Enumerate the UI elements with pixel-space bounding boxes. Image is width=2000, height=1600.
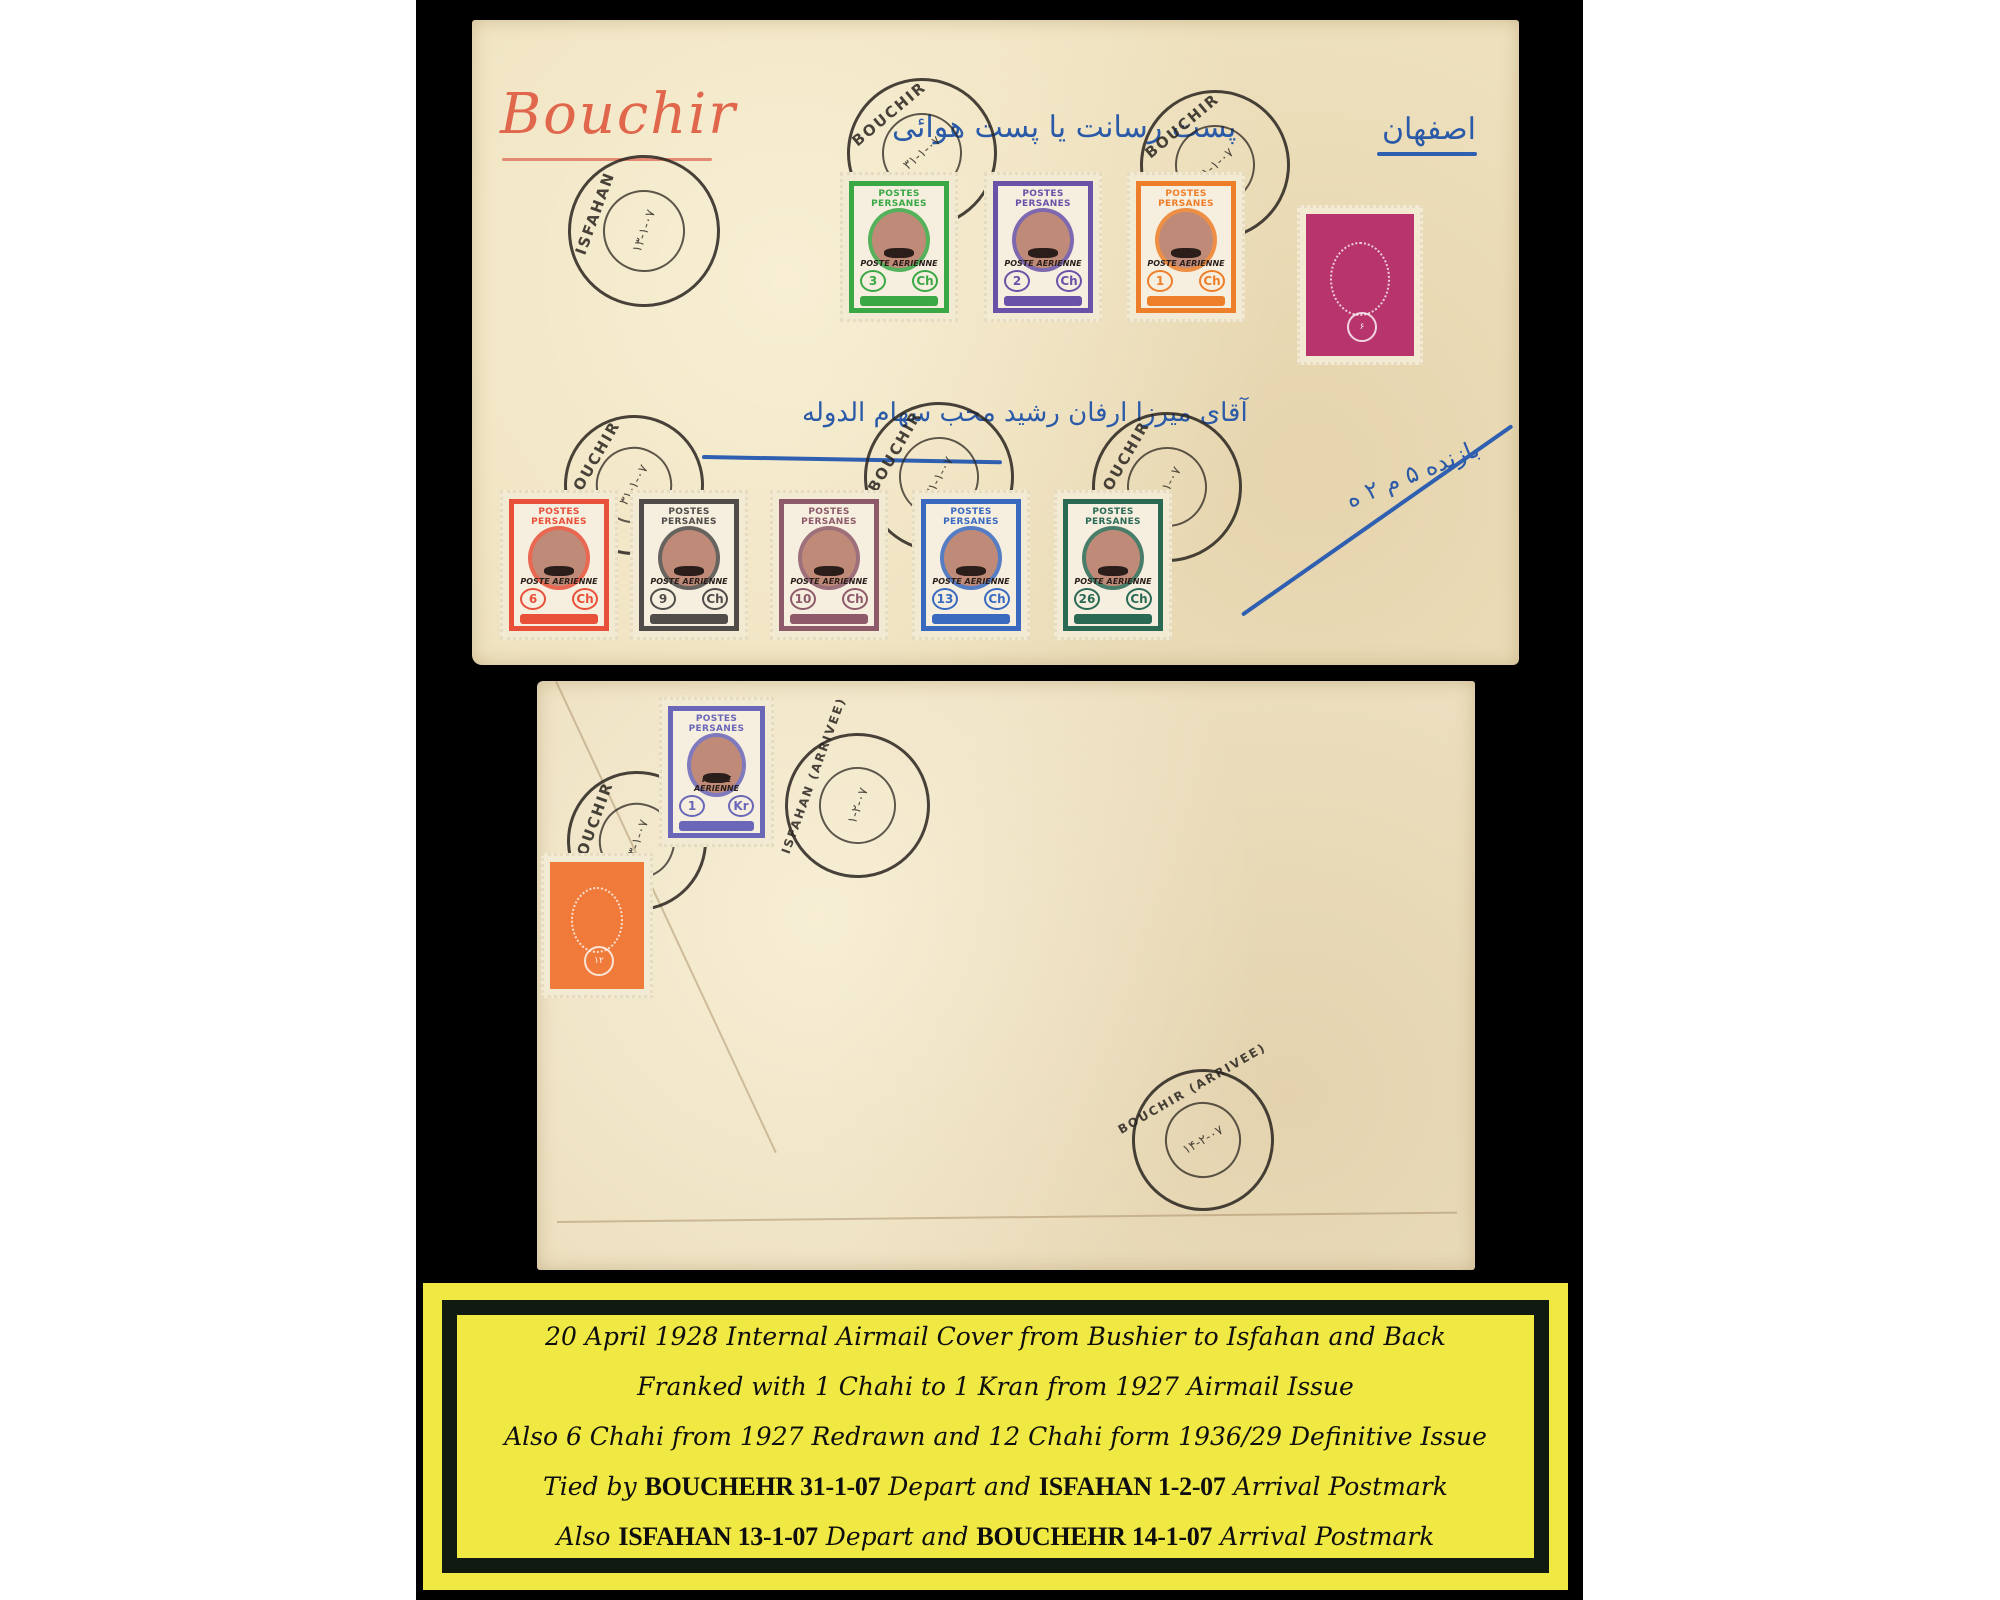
caption-text: Franked with 1 Chahi to 1 Kran from 1927… bbox=[637, 1372, 1354, 1401]
caption-postmark-ref: ISFAHAN 1-2-07 bbox=[1039, 1472, 1226, 1501]
caption-frame: 20 April 1928 Internal Airmail Cover fro… bbox=[442, 1300, 1549, 1573]
airmail-stamp-3ch: POSTES PERSANES POSTE AERIENNE 3 Ch bbox=[840, 172, 958, 322]
postmark-isfahan-arrivee: ISFAHAN (ARRIVEE)۱-۲-۰۷ bbox=[765, 713, 951, 899]
caption-text: Depart and bbox=[880, 1472, 1039, 1501]
caption-text: Also 6 Chahi from 1927 Redrawn and 12 Ch… bbox=[504, 1422, 1487, 1451]
definitive-stamp-orange: ۱۲ bbox=[541, 853, 653, 998]
postmark-isfahan: ISFAHAN ۱۳-۱-۰۷ bbox=[547, 134, 742, 329]
caption-text: Also bbox=[557, 1522, 619, 1551]
airmail-stamp-2ch: POSTES PERSANES POSTE AERIENNE 2 Ch bbox=[984, 172, 1102, 322]
blue-slash-line bbox=[1241, 424, 1514, 617]
handwritten-city-blue: اصفهان bbox=[1382, 112, 1476, 147]
caption-card: 20 April 1928 Internal Airmail Cover fro… bbox=[423, 1283, 1568, 1590]
airmail-stamp-1kr: POSTES PERSANES POSTE AERIENNE 1 Kr bbox=[659, 697, 774, 847]
caption-line: Franked with 1 Chahi to 1 Kran from 1927… bbox=[637, 1362, 1354, 1412]
caption-line: 20 April 1928 Internal Airmail Cover fro… bbox=[545, 1312, 1446, 1362]
caption-text: Depart and bbox=[818, 1522, 977, 1551]
caption-line: Tied by BOUCHEHR 31-1-07 Depart and ISFA… bbox=[543, 1462, 1448, 1512]
caption-text: Arrival Postmark bbox=[1212, 1522, 1434, 1551]
caption-postmark-ref: BOUCHEHR 31-1-07 bbox=[645, 1472, 881, 1501]
caption-text: Tied by bbox=[543, 1472, 645, 1501]
caption-postmark-ref: BOUCHEHR 14-1-07 bbox=[976, 1522, 1212, 1551]
back-cover: BOUCHIR۱۳-۱-۰۷ ISFAHAN (ARRIVEE)۱-۲-۰۷ B… bbox=[537, 681, 1475, 1270]
airmail-stamp-1ch: POSTES PERSANES POSTE AERIENNE 1 Ch bbox=[1127, 172, 1245, 322]
envelope-fold-line bbox=[557, 1212, 1457, 1223]
caption-text: Arrival Postmark bbox=[1226, 1472, 1448, 1501]
caption-line: Also 6 Chahi from 1927 Redrawn and 12 Ch… bbox=[504, 1412, 1487, 1462]
blue-underline bbox=[1377, 152, 1477, 156]
caption-postmark-ref: ISFAHAN 13-1-07 bbox=[618, 1522, 817, 1551]
airmail-stamp-13ch: POSTES PERSANES POSTE AERIENNE 13 Ch bbox=[912, 490, 1030, 640]
definitive-stamp-magenta: ۶ bbox=[1297, 205, 1423, 365]
airmail-stamp-10ch: POSTES PERSANES POSTE AERIENNE 10 Ch bbox=[770, 490, 888, 640]
handwritten-destination-red: Bouchir bbox=[500, 82, 737, 147]
front-cover: Bouchir پست رسانت یا پست هوائی اصفهان آق… bbox=[472, 20, 1519, 665]
postmark-bouchir-arrivee: BOUCHIR (ARRIVEE)۱۴-۲-۰۷ bbox=[1106, 1043, 1300, 1237]
caption-text: 20 April 1928 Internal Airmail Cover fro… bbox=[545, 1322, 1446, 1351]
airmail-stamp-9ch: POSTES PERSANES POSTE AERIENNE 9 Ch bbox=[630, 490, 748, 640]
airmail-stamp-6ch: POSTES PERSANES POSTE AERIENNE 6 Ch bbox=[500, 490, 618, 640]
airmail-stamp-26ch: POSTES PERSANES POSTE AERIENNE 26 Ch bbox=[1054, 490, 1172, 640]
caption-line: Also ISFAHAN 13-1-07 Depart and BOUCHEHR… bbox=[557, 1512, 1435, 1562]
handwritten-note-blue: بازنده ۵ م ۲ ه bbox=[1342, 435, 1483, 514]
